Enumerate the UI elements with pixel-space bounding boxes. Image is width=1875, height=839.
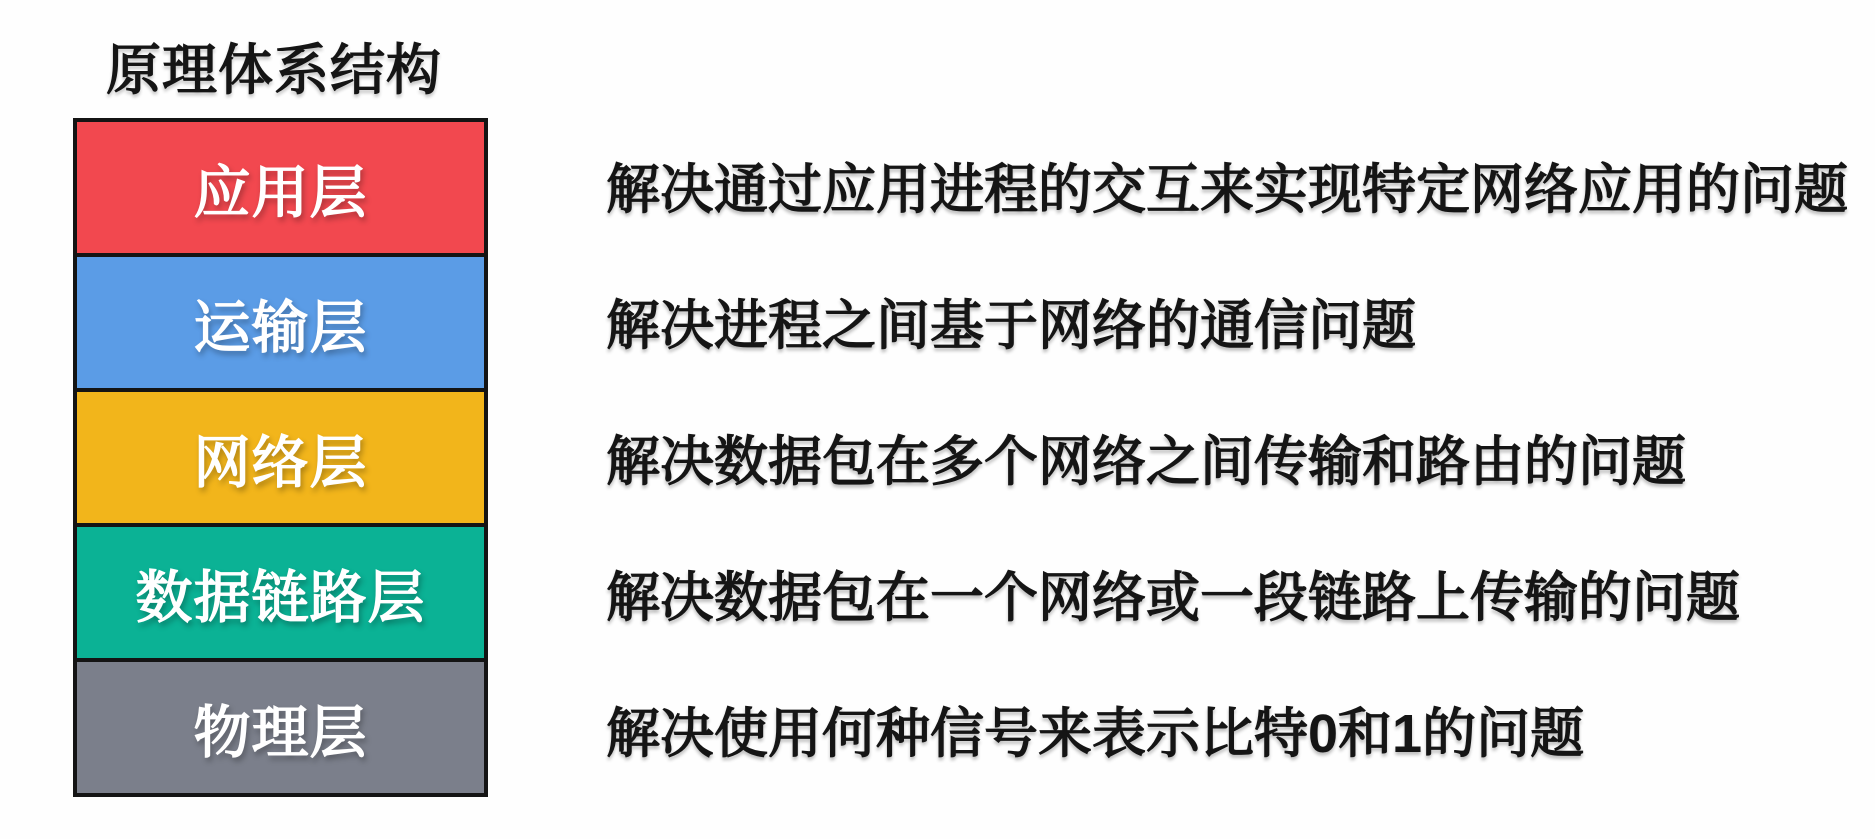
- layer-label-datalink: 数据链路层: [136, 552, 426, 634]
- description-text-application: 解决通过应用进程的交互来实现特定网络应用的问题: [606, 147, 1848, 224]
- layer-box-network: 网络层: [77, 388, 484, 523]
- description-row-application: 解决通过应用进程的交互来实现特定网络应用的问题: [606, 118, 1875, 254]
- page-title: 原理体系结构: [106, 26, 442, 105]
- layer-label-transport: 运输层: [194, 282, 368, 364]
- layer-label-physical: 物理层: [194, 687, 368, 769]
- description-row-datalink: 解决数据包在一个网络或一段链路上传输的问题: [606, 525, 1875, 661]
- description-text-physical: 解决使用何种信号来表示比特0和1的问题: [606, 691, 1584, 768]
- description-text-datalink: 解决数据包在一个网络或一段链路上传输的问题: [606, 555, 1740, 632]
- layer-label-application: 应用层: [194, 147, 368, 229]
- layer-box-datalink: 数据链路层: [77, 523, 484, 658]
- description-row-transport: 解决进程之间基于网络的通信问题: [606, 254, 1875, 390]
- description-row-physical: 解决使用何种信号来表示比特0和1的问题: [606, 661, 1875, 797]
- layer-box-physical: 物理层: [77, 658, 484, 793]
- diagram-canvas: 原理体系结构 应用层 运输层 网络层 数据链路层 物理层 解决通过应用进程的交互…: [0, 0, 1875, 839]
- layer-descriptions: 解决通过应用进程的交互来实现特定网络应用的问题 解决进程之间基于网络的通信问题 …: [606, 118, 1875, 797]
- layer-stack: 应用层 运输层 网络层 数据链路层 物理层: [73, 118, 488, 797]
- description-row-network: 解决数据包在多个网络之间传输和路由的问题: [606, 390, 1875, 526]
- layer-label-network: 网络层: [194, 417, 368, 499]
- description-text-network: 解决数据包在多个网络之间传输和路由的问题: [606, 419, 1686, 496]
- description-text-transport: 解决进程之间基于网络的通信问题: [606, 283, 1416, 360]
- layer-box-application: 应用层: [77, 122, 484, 253]
- layer-box-transport: 运输层: [77, 253, 484, 388]
